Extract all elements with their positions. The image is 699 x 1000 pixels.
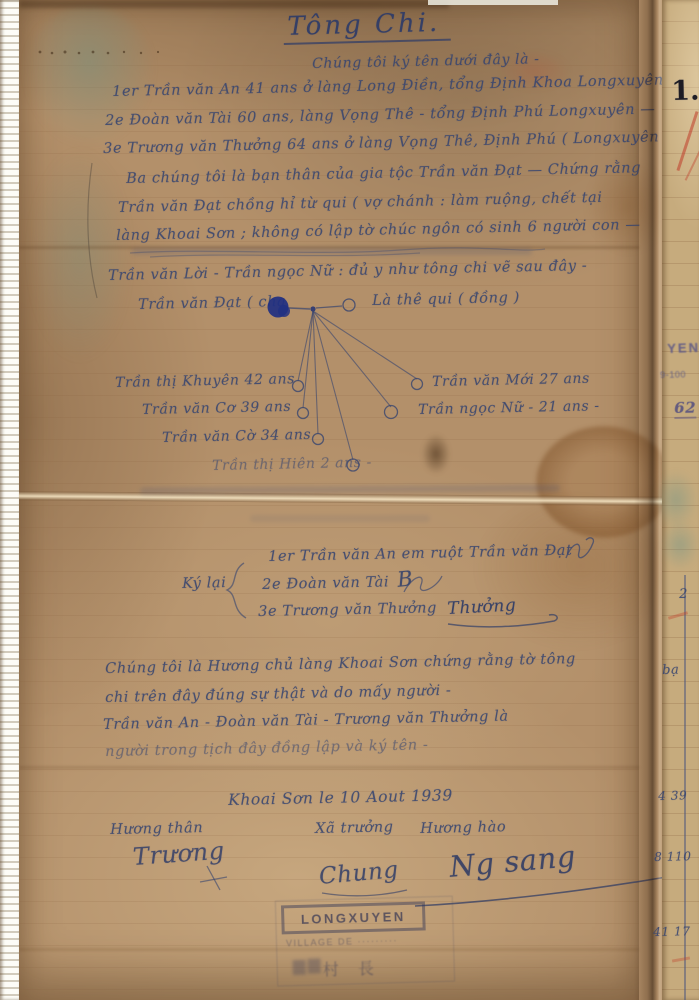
side-page-number: 1.0 <box>671 75 699 107</box>
attestation-line-3-signature: Thưởng <box>447 595 517 619</box>
attestation-line-2: 2e Đoàn văn Tài <box>262 574 389 593</box>
attestation-ky-lai: Ký lại <box>182 575 227 592</box>
child-name-3: Trần văn Cờ 34 ans <box>162 427 311 446</box>
side-entry-2: bạ <box>662 663 680 678</box>
side-entry-1: 2 <box>679 587 688 602</box>
side-stamp-numbers: 9-100 <box>660 369 686 380</box>
official-title-3: Hương hào <box>420 819 506 837</box>
side-entry-3: 4 39 <box>658 788 687 803</box>
side-seal-mark: 62 <box>674 399 696 419</box>
child-name-4: Trần thị Hiên 2 ans - <box>212 455 372 474</box>
official-title-1: Hương thân <box>110 820 203 838</box>
side-entry-5: 41 17 <box>653 924 691 939</box>
torn-left-edge <box>0 0 19 1000</box>
official-title-2: Xã trưởng <box>315 819 394 837</box>
tree-father-label: Trần văn Đạt ( cha <box>138 294 286 313</box>
stamp-cjk-blur <box>307 958 320 973</box>
side-entry-4: 8 110 <box>654 849 692 864</box>
document-title: Tông Chi. <box>283 8 451 45</box>
stamp-village-name: LONGXUYEN <box>301 909 406 927</box>
attestation-line-2-signature: B <box>396 566 414 592</box>
stamp-cjk-text: 村 長 <box>322 956 381 981</box>
stamp-cjk-blur <box>292 960 305 975</box>
tree-mother-note: Là thê qui ( đồng ) <box>372 290 520 309</box>
side-stamp-fragment: YEN <box>667 340 699 356</box>
document-scan: Tông Chi. Chúng tôi ký tên dưới đây là -… <box>0 0 699 1000</box>
stamp-name-box: LONGXUYEN <box>281 901 426 934</box>
village-stamp: LONGXUYEN VILLAGE DE ········· 村 長 <box>275 895 462 988</box>
child-name-5: Trần văn Mới 27 ans <box>432 371 590 390</box>
child-name-2: Trần văn Cơ 39 ans <box>142 399 291 418</box>
